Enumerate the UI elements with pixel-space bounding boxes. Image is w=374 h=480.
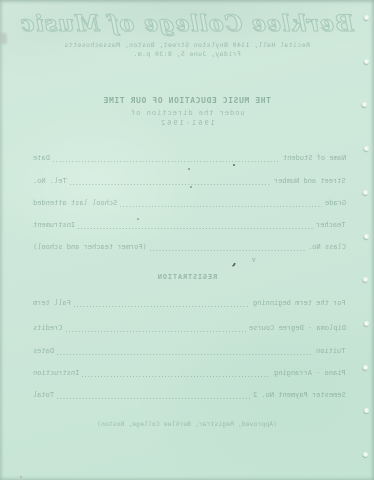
speck xyxy=(233,164,235,166)
footer-line-showthrough: (Approved, Registrar, Berklee College, B… xyxy=(0,420,374,428)
field-label-showthrough: Name of Student xyxy=(283,154,346,162)
dotted-leader xyxy=(57,352,313,355)
field-label-showthrough: Credits xyxy=(33,324,63,332)
field-label-showthrough: (Former teacher and school) xyxy=(33,243,147,251)
punch-hole xyxy=(363,365,368,370)
form-row: Tel. No. Street and Number xyxy=(33,174,346,185)
field-label-showthrough: Class No. xyxy=(308,243,346,251)
field-label-showthrough: Fall term xyxy=(33,299,71,307)
field-label-showthrough: Instrument xyxy=(33,221,75,229)
field-label-showthrough: Tuition xyxy=(316,347,346,355)
field-label-showthrough: Dates xyxy=(33,347,54,355)
dotted-leader xyxy=(57,396,250,399)
punch-hole xyxy=(363,190,368,195)
punch-hole xyxy=(363,452,368,457)
speck xyxy=(190,186,192,188)
speck xyxy=(188,168,190,170)
pen-mark: , xyxy=(232,255,239,268)
dotted-leader xyxy=(66,329,247,332)
form-row: School last attended Grade xyxy=(33,196,346,207)
form-row: Instruction Piano - Arranging xyxy=(33,366,346,377)
field-label-showthrough: Teacher xyxy=(316,221,346,229)
form-row: (Former teacher and school) Class No. xyxy=(33,240,346,251)
dotted-leader xyxy=(82,374,271,377)
dotted-leader xyxy=(70,182,272,185)
title-line3-showthrough: 1961-1962 xyxy=(0,119,374,127)
form-row: Date Name of Student xyxy=(33,151,346,162)
field-label-showthrough: Total xyxy=(33,391,54,399)
punch-hole xyxy=(362,102,367,107)
punch-hole xyxy=(364,15,369,20)
dotted-leader xyxy=(74,304,250,307)
dotted-leader xyxy=(78,226,313,229)
section-heading-showthrough: REGISTRATION xyxy=(0,273,374,281)
dotted-leader xyxy=(150,248,305,251)
field-label-showthrough: Grade xyxy=(325,199,346,207)
letterhead-logo-text: Berklee College of Music xyxy=(20,11,354,37)
edge-smudge xyxy=(0,33,7,44)
dotted-leader xyxy=(120,204,322,207)
title-line2-showthrough: under the direction of xyxy=(0,109,374,117)
letterhead-date-showthrough: Friday, June 5, 8:30 p.m. xyxy=(0,50,374,58)
punch-hole xyxy=(364,146,369,151)
field-label-showthrough: Instruction xyxy=(33,369,79,377)
form-row: Instrument Teacher xyxy=(33,218,346,229)
field-label-showthrough: Street and Number xyxy=(274,177,346,185)
form-row: Total Semester Payment No. 2 xyxy=(33,388,346,399)
punch-hole xyxy=(364,59,369,64)
speck xyxy=(137,218,139,220)
punch-hole xyxy=(363,277,368,282)
speck xyxy=(20,476,22,478)
field-label-showthrough: Diploma - Degree Course xyxy=(249,324,346,332)
form-row: Dates Tuition xyxy=(33,344,346,355)
letterhead-address-showthrough: Recital Hall, 1140 Boylston Street, Bost… xyxy=(0,41,374,49)
field-label-showthrough: Semester Payment No. 2 xyxy=(253,391,346,399)
dotted-leader xyxy=(53,159,280,162)
field-label-showthrough: Tel. No. xyxy=(33,177,67,185)
letterhead-logo-showthrough: Berklee College of Music xyxy=(0,11,374,37)
punch-hole xyxy=(364,234,369,239)
scanned-form-page: Berklee College of Music Recital Hall, 1… xyxy=(0,0,374,480)
field-label-showthrough: Date xyxy=(33,154,50,162)
field-label-showthrough: For the term beginning xyxy=(253,299,346,307)
stamp-mark: ▽ xyxy=(252,258,256,264)
punch-hole xyxy=(364,408,369,413)
punch-hole xyxy=(364,321,369,326)
field-label-showthrough: Piano - Arranging xyxy=(274,369,346,377)
title-line1-showthrough: THE MUSIC EDUCATION OF OUR TIME xyxy=(0,96,374,105)
form-row: Fall term For the term beginning xyxy=(33,296,346,307)
field-label-showthrough: School last attended xyxy=(33,199,117,207)
form-row: Credits Diploma - Degree Course xyxy=(33,321,346,332)
